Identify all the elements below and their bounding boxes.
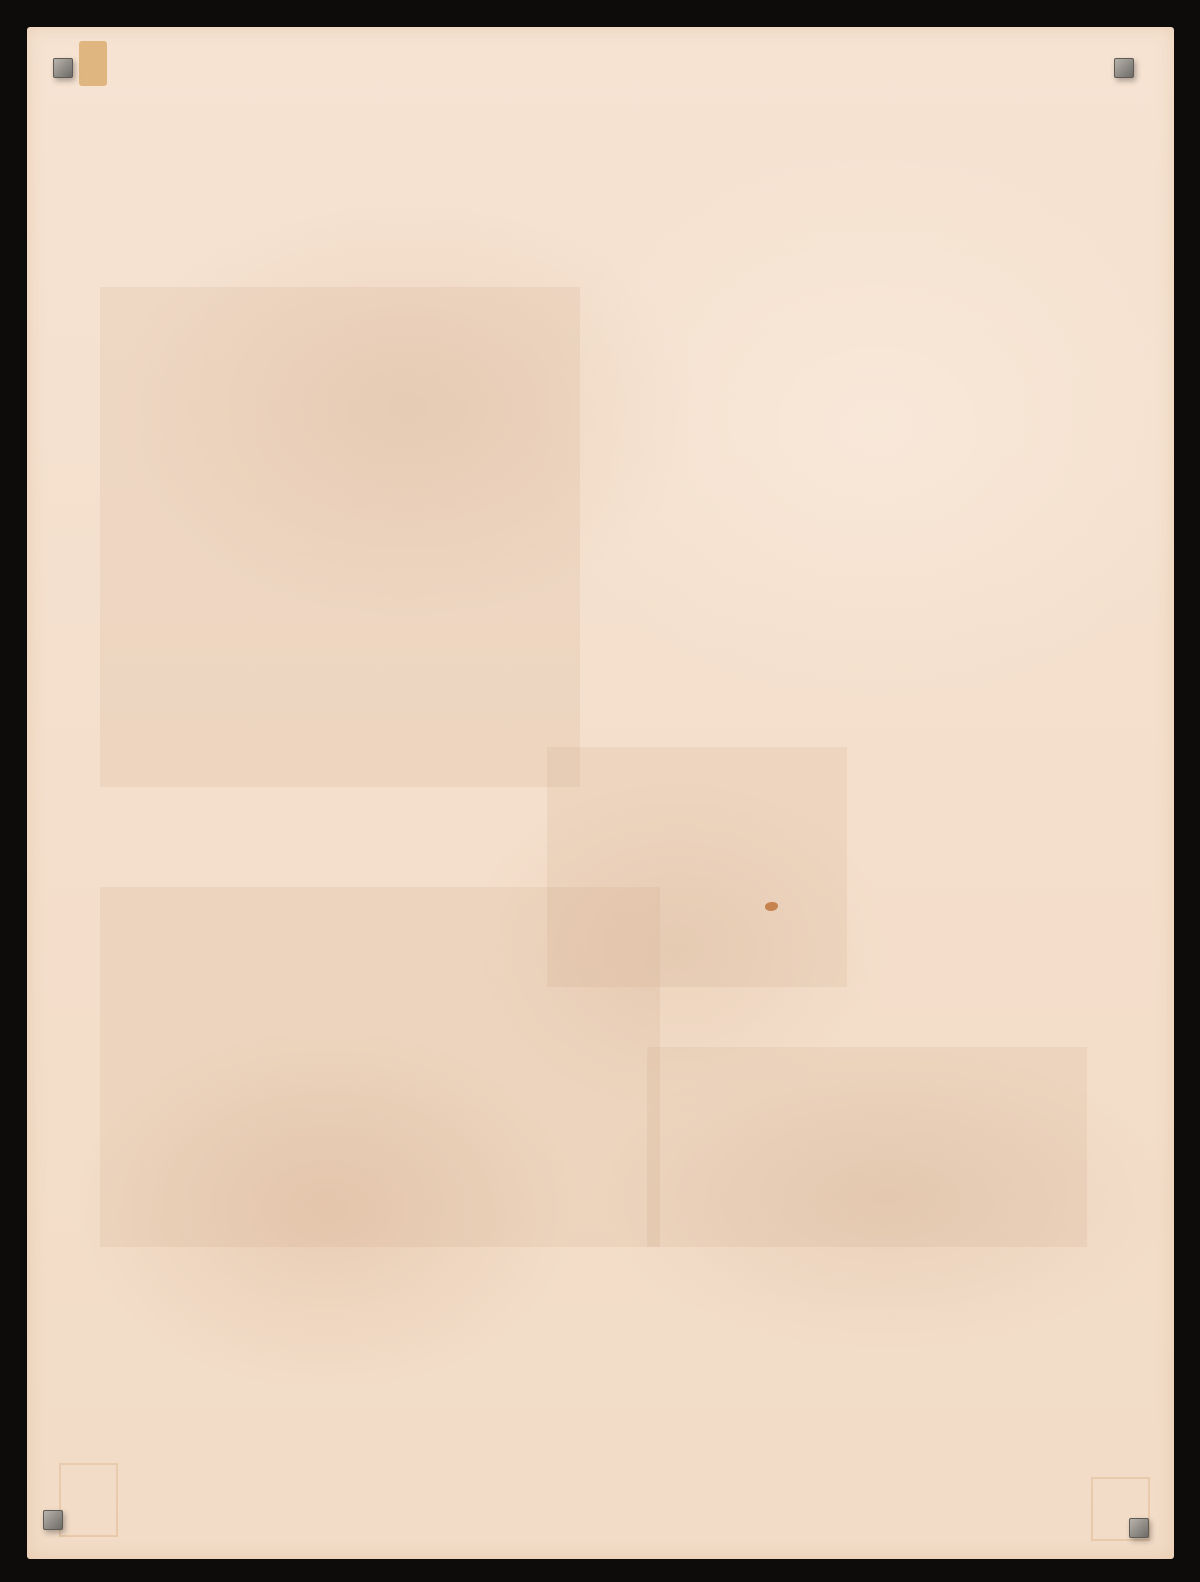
magnet-bottom-left	[43, 1510, 63, 1530]
bleed-through-region	[100, 287, 580, 787]
tape-outline	[59, 1463, 118, 1537]
poster-back-paper	[27, 27, 1174, 1559]
magnet-top-right	[1114, 58, 1134, 78]
magnet-top-left	[53, 58, 73, 78]
tape-residue	[79, 41, 107, 86]
bleed-through-region	[547, 747, 847, 987]
bleed-through-region	[647, 1047, 1087, 1247]
magnet-bottom-right	[1129, 1518, 1149, 1538]
